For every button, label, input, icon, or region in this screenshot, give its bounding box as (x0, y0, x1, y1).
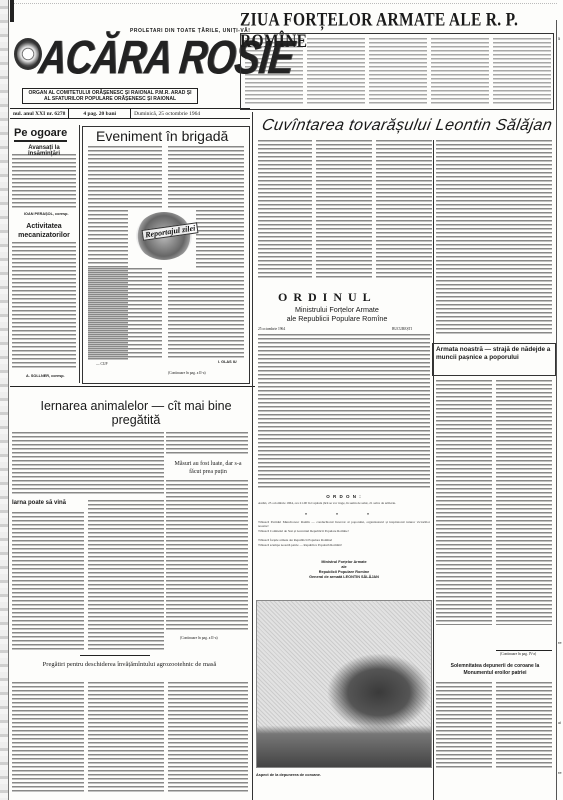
article-subtitle: Măsuri au fost luate, dar s-a făcut prea… (168, 460, 248, 476)
winter-headline: Iernarea animalelor — cît mai bine pregă… (20, 399, 252, 427)
armata-headline: Armata noastră — strajă de nădejde a mun… (436, 346, 554, 362)
article-body (316, 140, 372, 280)
issue-date: Duminică, 25 octombrie 1964 (131, 109, 203, 118)
margin-mark: re (558, 640, 562, 645)
article-body (88, 146, 162, 208)
divider (496, 650, 552, 651)
byline: A. SOLLNER, coresp. (26, 374, 65, 378)
text-column (493, 38, 551, 106)
article-body (88, 268, 162, 358)
order-subtitle-line1: Ministrului Forțelor Armate (252, 305, 422, 314)
article-body (376, 140, 432, 280)
article-body (12, 432, 164, 494)
event-title: Eveniment în brigadă (96, 128, 228, 144)
photo-caption: Aspect de la depunerea de coroane. (256, 773, 321, 777)
article-body (436, 140, 552, 335)
article-body (166, 432, 248, 454)
section-title: Pe ogoare (14, 127, 67, 142)
article-subtitle: Iarna poate să vină (12, 500, 80, 506)
article-body (12, 242, 76, 370)
margin-mark: re (558, 770, 562, 775)
order-city: BUCUREȘTI (392, 327, 412, 331)
cheer: Trăiască scumpa noastră patrie — Republi… (258, 543, 430, 551)
article-body (12, 154, 76, 210)
page-binding-edge (0, 0, 9, 800)
signature-line: General de armată LEONTIN SĂLĂJAN (258, 575, 430, 580)
divider (10, 386, 255, 387)
margin-mark: 5 (558, 36, 560, 41)
text-column (369, 38, 427, 106)
order-signature: Ministrul Forțelor Armate ale Republicii… (258, 560, 430, 580)
article-body (496, 380, 552, 625)
issue-number: nul. anul XXI nr. 6278 (10, 109, 69, 118)
margin-mark: ol (558, 720, 561, 725)
column-rule (252, 112, 253, 800)
article-body (88, 682, 164, 794)
top-story-box (240, 33, 554, 110)
order-subtitle: Ministrului Forțelor Armate ale Republic… (252, 305, 422, 323)
article-body (12, 682, 84, 794)
continuation-link[interactable]: (Continuare în pag. a II-a) (180, 636, 218, 640)
flag-mark (10, 0, 14, 22)
organ-line: ORGAN AL COMITETULUI ORĂȘENESC ȘI RAIONA… (22, 88, 198, 104)
article-body (168, 682, 248, 794)
article-body (196, 210, 244, 270)
article-body (436, 682, 492, 768)
column-rule (433, 140, 434, 800)
cheer: Trăiască Partidul Muncitoresc Romîn — co… (258, 520, 430, 528)
article-title: Activitatea mecanizatorilor (12, 222, 76, 240)
article-body (496, 682, 552, 768)
cheer: Trăiască Comitetul de Stat și Guvernul R… (258, 529, 430, 537)
article-body (258, 140, 312, 280)
order-date: 25 octombrie 1964 (258, 327, 285, 331)
article-body (166, 480, 248, 630)
article-body (436, 380, 492, 625)
wreath-photo (256, 600, 432, 768)
right-margin: 5 re ol re (556, 20, 563, 800)
order-title: ORDINUL (278, 290, 377, 305)
article-body (168, 146, 244, 208)
pages-price: 4 pag. 20 bani (69, 109, 131, 118)
cheer: Trăiască forțele armate ale Republicii P… (258, 538, 430, 542)
byline: IOAN PERAȘOL, coresp. (24, 212, 69, 216)
issue-bar: nul. anul XXI nr. 6278 4 pag. 20 bani Du… (10, 108, 250, 119)
text-column (307, 38, 365, 106)
byline: I. GLAS IU (218, 360, 237, 364)
speech-headline: Cuvîntarea tovarășului Leontin Sălăjan (260, 117, 553, 135)
order-body (258, 334, 430, 488)
top-border (12, 3, 557, 5)
column-rule (79, 125, 80, 383)
article-body (12, 512, 84, 650)
article-body (88, 500, 164, 650)
stars-divider: * * * (258, 512, 430, 517)
pregatiri-headline: Pregătiri pentru deschiderea învățămîntu… (32, 660, 227, 669)
continuation-link[interactable]: (Continuare în pag. IV-a) (500, 652, 536, 656)
continuation-link[interactable]: (Continuare în pag. a II-a) (168, 371, 206, 375)
text-column (245, 38, 303, 106)
text-column (431, 38, 489, 106)
divider (80, 655, 150, 656)
event-footer: — CUP (96, 362, 107, 366)
order-subtitle-line2: ale Republicii Populare Romîne (252, 314, 422, 323)
ordon-text: Astăzi, 25 octombrie 1964, ora 21.00 în … (258, 501, 430, 510)
wreath-headline: Solemnitatea depunerii de coroane la Mon… (436, 663, 554, 677)
ordon-label: O R D O N : (258, 494, 430, 499)
article-body (168, 272, 244, 358)
